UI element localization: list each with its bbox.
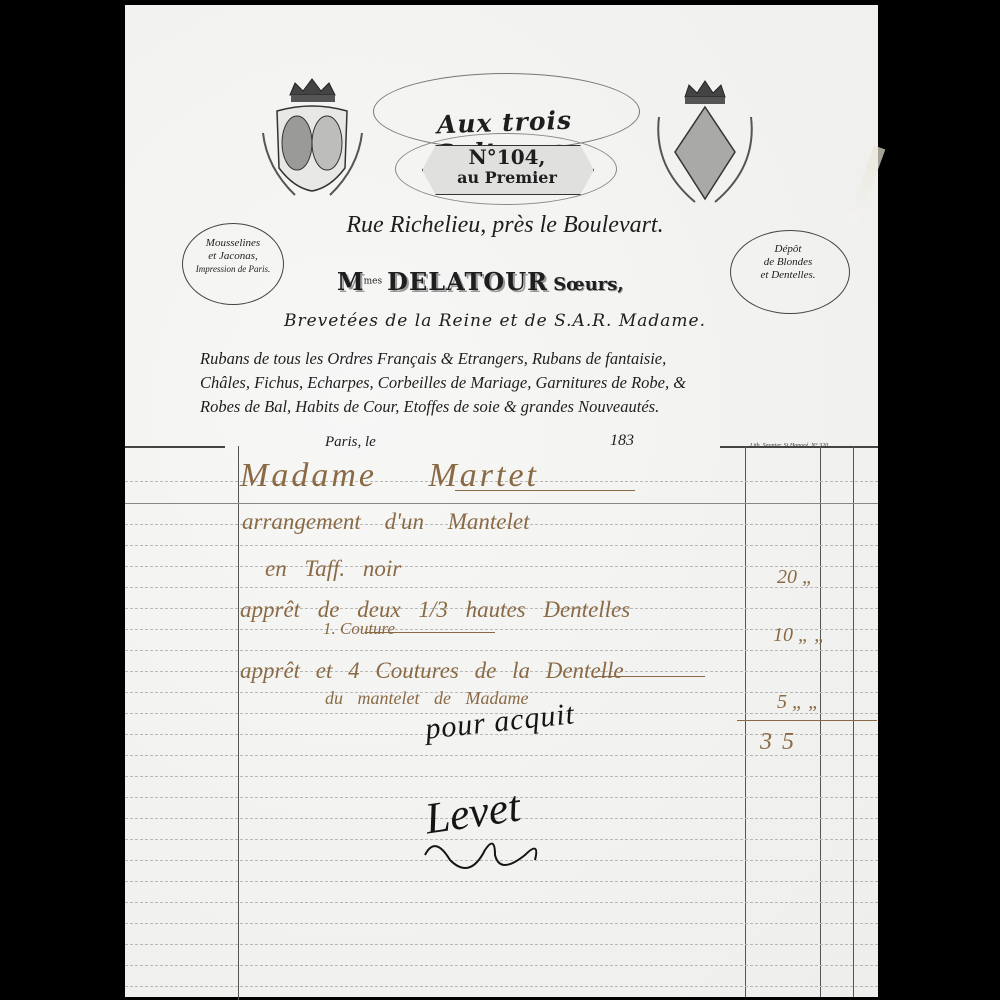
item-amount: 10 „ „ (773, 624, 825, 647)
item-description-line1: apprêt de deux 1/3 hautes Dentelles (240, 597, 630, 623)
item-description-line1: apprêt et 4 Coutures de la Dentelle (240, 658, 624, 684)
invoice-total: 35 (760, 729, 804, 756)
item-description-line2: en Taff. noir (265, 556, 401, 582)
item-description-line1: arrangement d'un Mantelet (242, 509, 529, 535)
item-description-line2: 1. Couture (323, 619, 395, 639)
item-strike (365, 632, 495, 633)
item-amount: 5 „ „ (777, 691, 819, 714)
total-rule (737, 720, 877, 721)
invoice-paper: Aux trois Sultanes. N°104, au Premier Ru… (125, 5, 878, 997)
item-amount: 20 „ (777, 566, 813, 589)
signature-flourish-icon (415, 820, 575, 880)
addressee-underline (455, 490, 635, 491)
item-strike (595, 676, 705, 677)
